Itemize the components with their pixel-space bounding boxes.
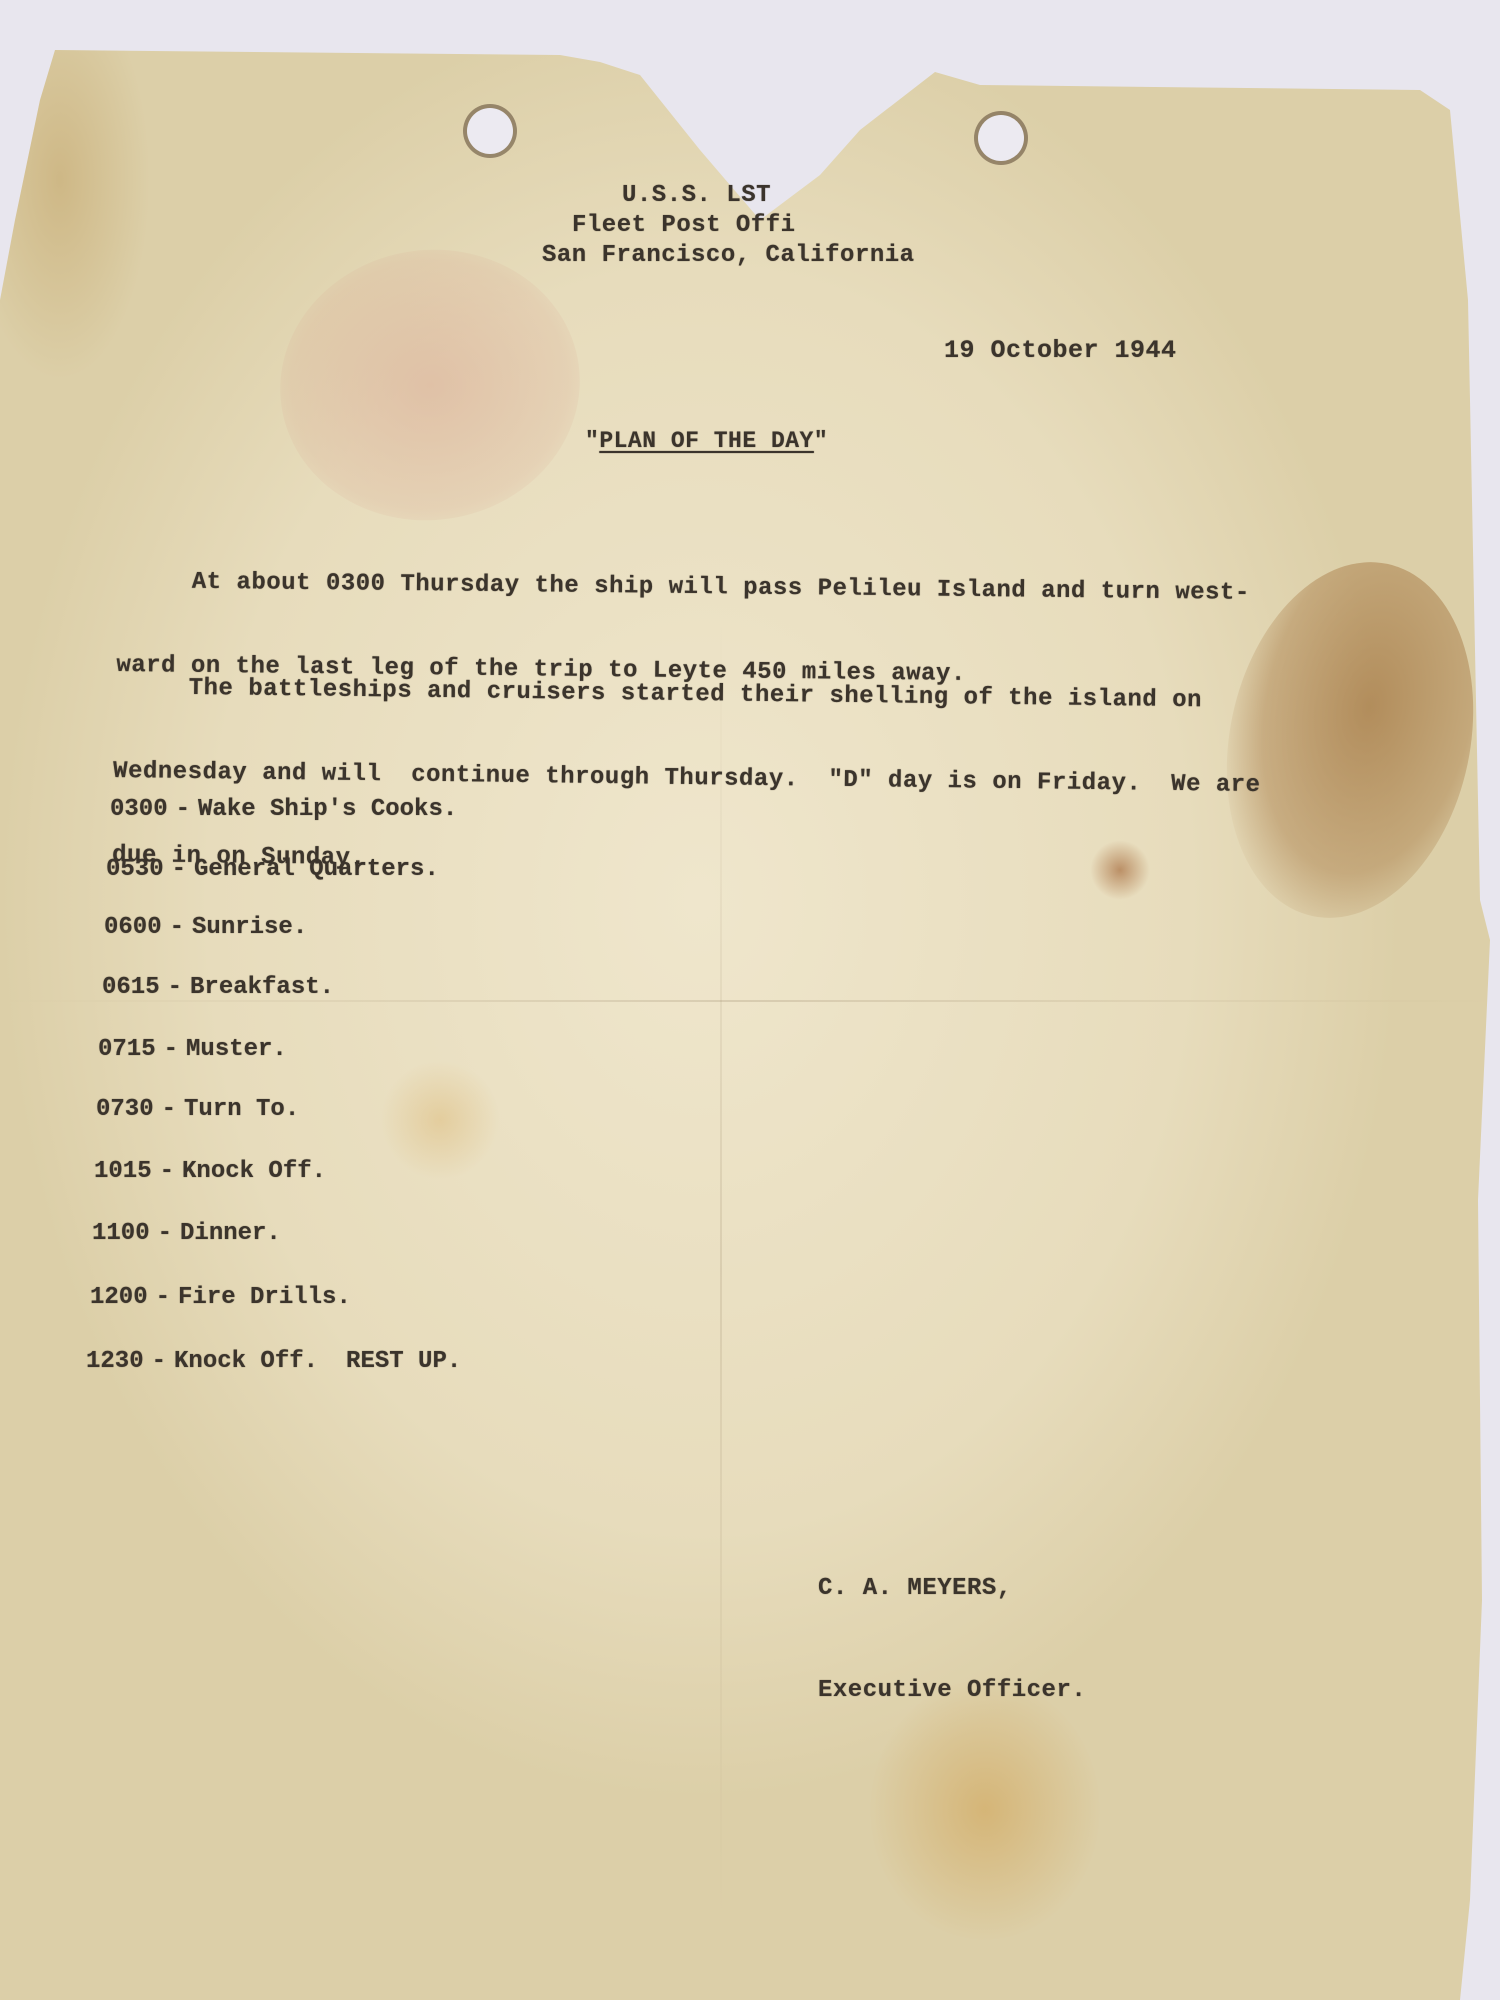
punch-hole-right-icon [978,115,1024,161]
schedule-event: Knock Off. [174,1348,318,1375]
schedule-row: 1200-Fire Drills. [90,1284,351,1311]
schedule-dash: - [168,796,198,823]
schedule-row: 1015-Knock Off. [94,1158,326,1185]
schedule-time: 0300 [110,796,168,823]
schedule-time: 0715 [98,1036,156,1063]
signature-title: Executive Officer. [818,1674,1086,1708]
schedule-row: 0530-General Quarters. [106,856,439,883]
schedule-row: 0730-Turn To. [96,1096,299,1123]
schedule-time: 1015 [94,1158,152,1185]
schedule-dash: - [150,1220,180,1247]
title-text: PLAN OF THE DAY [599,428,814,454]
schedule-event: General Quarters. [194,856,439,883]
signature-block: C. A. MEYERS, Executive Officer. [818,1504,1086,1742]
schedule-dash: - [144,1348,174,1375]
schedule-extra-note: REST UP. [318,1348,461,1375]
letterhead-city: San Francisco, California [542,242,915,269]
document-title: "PLAN OF THE DAY" [585,428,828,454]
schedule-event: Dinner. [180,1220,281,1247]
title-close-quote: " [814,428,828,454]
letterhead: U.S.S. LST Fleet Post Offi San Francisco… [0,182,1500,290]
schedule-dash: - [160,974,190,1001]
schedule-row: 1230-Knock Off.REST UP. [86,1348,461,1375]
schedule-dash: - [156,1036,186,1063]
schedule-row: 1100-Dinner. [92,1220,281,1247]
schedule-row: 0600-Sunrise. [104,914,307,941]
schedule-time: 1200 [90,1284,148,1311]
schedule-time: 0730 [96,1096,154,1123]
letterhead-post-office: Fleet Post Offi [572,212,796,239]
schedule-time: 0600 [104,914,162,941]
schedule-dash: - [164,856,194,883]
schedule-event: Sunrise. [192,914,307,941]
schedule-time: 1100 [92,1220,150,1247]
schedule-dash: - [154,1096,184,1123]
schedule-dash: - [152,1158,182,1185]
paragraph-line: Wednesday and will continue through Thur… [113,758,1261,800]
schedule-row: 0715-Muster. [98,1036,287,1063]
paragraph-line: At about 0300 Thursday the ship will pas… [117,568,1250,608]
schedule-event: Knock Off. [182,1158,326,1185]
document-date: 19 October 1944 [944,336,1177,365]
schedule-event: Fire Drills. [178,1284,351,1311]
punch-hole-left-icon [467,108,513,154]
schedule-time: 1230 [86,1348,144,1375]
schedule-event: Muster. [186,1036,287,1063]
schedule-dash: - [162,914,192,941]
paragraph-line: The battleships and cruisers started the… [114,674,1262,716]
title-open-quote: " [585,428,599,454]
schedule-time: 0530 [106,856,164,883]
schedule-event: Breakfast. [190,974,334,1001]
letterhead-ship: U.S.S. LST [622,182,771,209]
schedule-row: 0615-Breakfast. [102,974,334,1001]
schedule-event: Wake Ship's Cooks. [198,796,457,823]
schedule-event: Turn To. [184,1096,299,1123]
schedule-row: 0300-Wake Ship's Cooks. [110,796,457,823]
schedule-time: 0615 [102,974,160,1001]
signature-name: C. A. MEYERS, [818,1572,1086,1606]
schedule-dash: - [148,1284,178,1311]
